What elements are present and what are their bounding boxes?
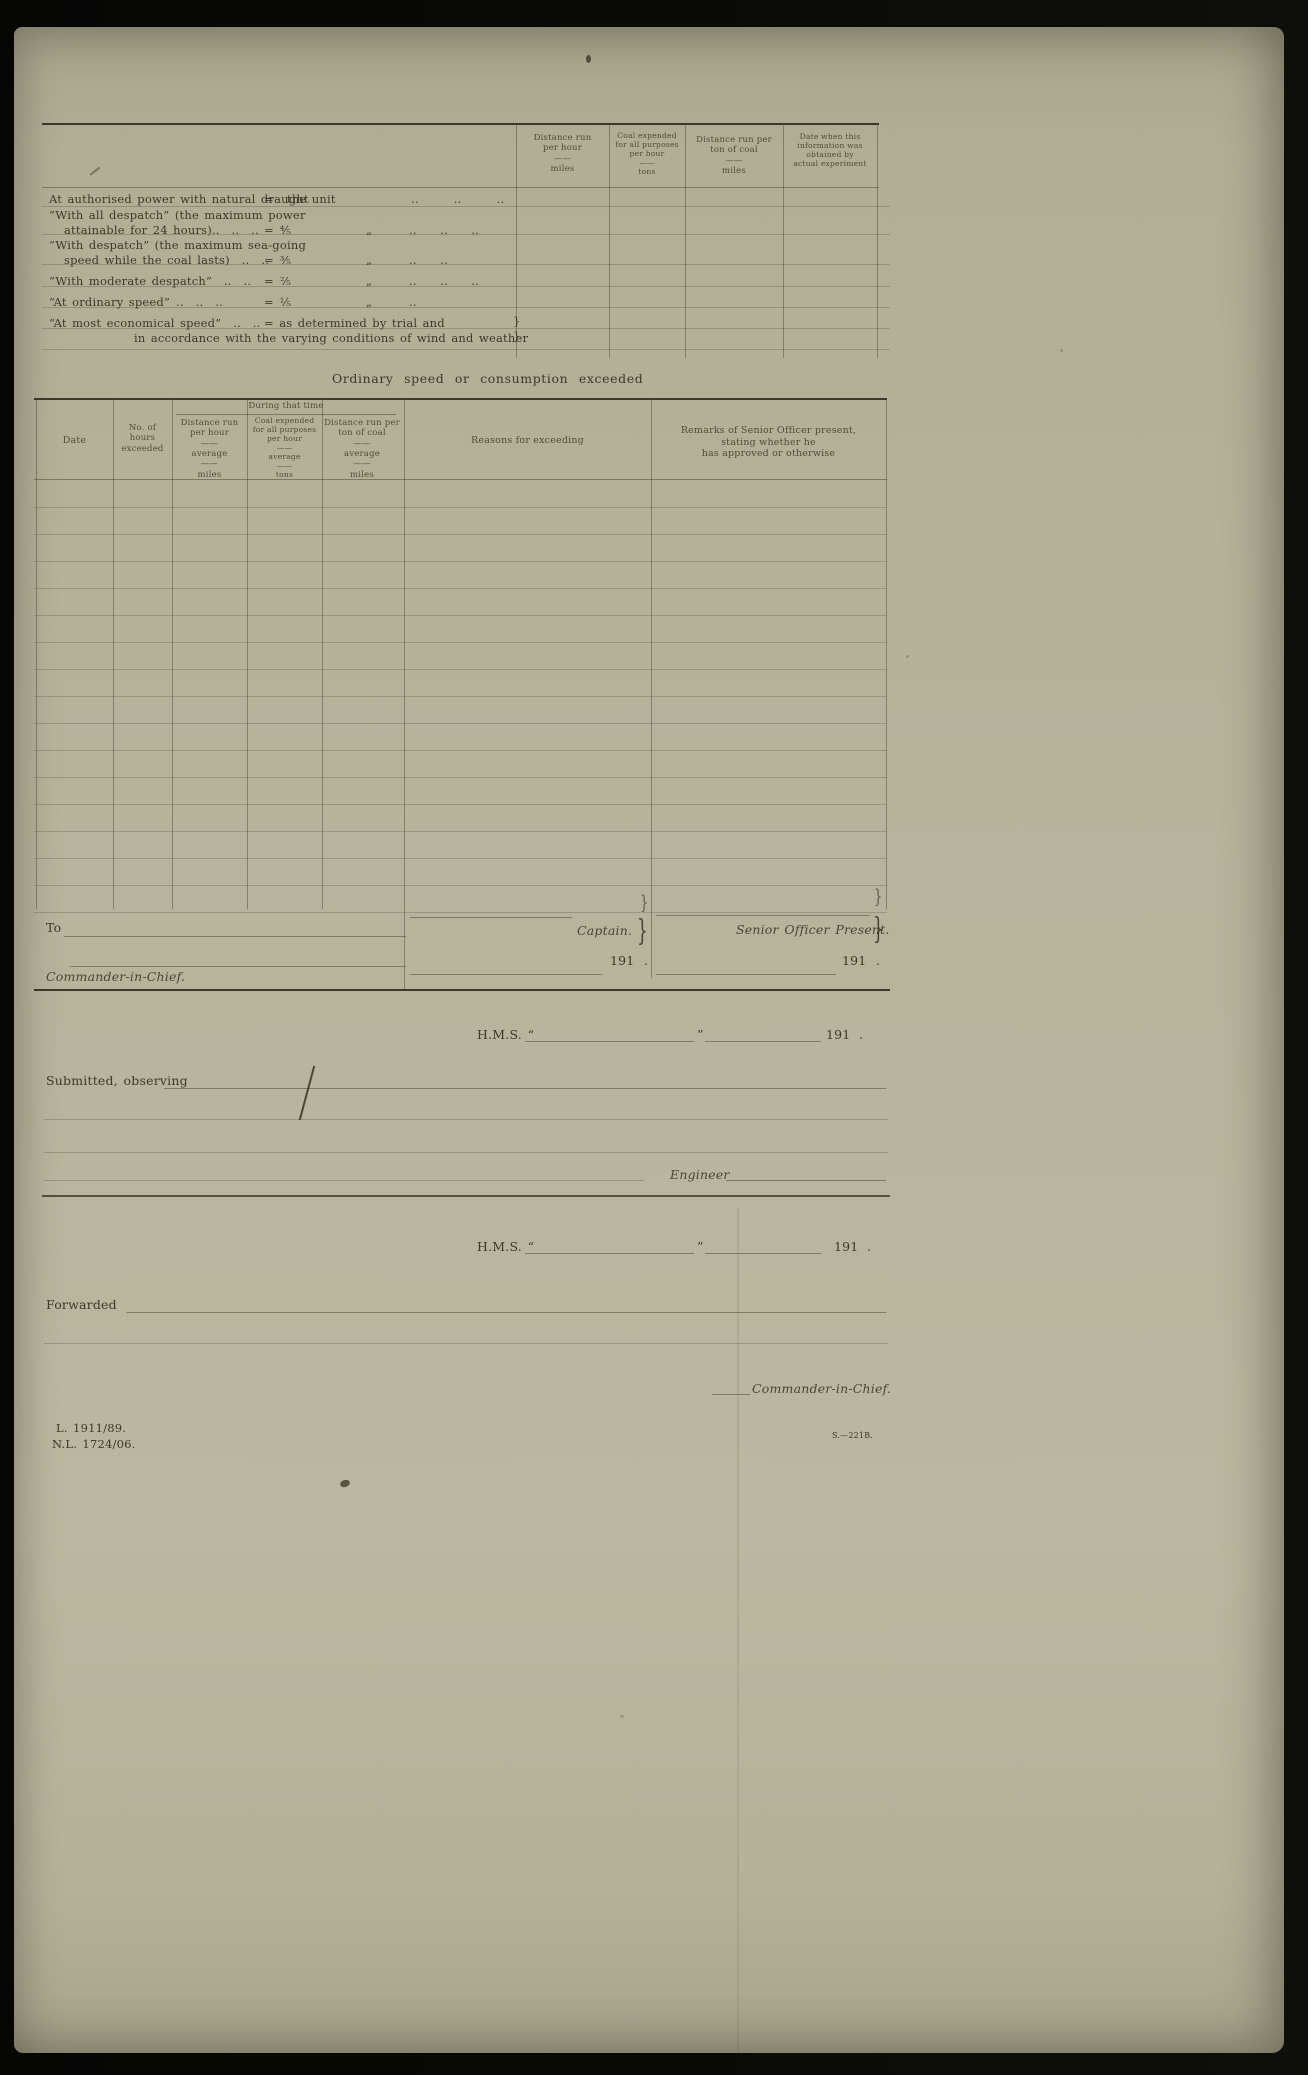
reference-number: N.L. 1724/06. [52, 1437, 135, 1451]
dot-leaders: .. .. .. [411, 192, 504, 206]
column-end-brace: } [640, 893, 648, 914]
ruled-line [44, 1119, 888, 1120]
ruled-line [44, 1152, 888, 1153]
row-label: “At ordinary speed” .. .. .. [49, 295, 223, 309]
close-quote: ” [697, 1239, 704, 1254]
year-191: 191 [834, 1239, 858, 1254]
paper-blemish [906, 655, 909, 658]
photo-background: Distance run per hour —— miles Coal expe… [0, 0, 1308, 2075]
col-header-hours-exceeded: No. of hours exceeded [113, 423, 172, 454]
form-page: Distance run per hour —— miles Coal expe… [14, 27, 1284, 2053]
col-header-distance-per-hour-avg: Distance run per hour —— average —— mile… [172, 418, 247, 480]
closing-brace: } [513, 329, 521, 343]
equals-sign: = [264, 192, 274, 206]
equals-phrase: = as determined by trial and [264, 316, 445, 330]
col-header-distance-per-ton-avg: Distance run per ton of coal —— average … [322, 418, 402, 480]
dot-leaders: .. .. [409, 253, 448, 267]
equals-fraction: = ⅗ [264, 253, 291, 267]
paper-blemish [620, 1715, 624, 1718]
row-label: “At most economical speed” .. .. [49, 316, 261, 330]
hms-prefix: H.M.S. “ [477, 1239, 534, 1254]
commander-in-chief-label: Commander-in-Chief. [752, 1381, 891, 1396]
close-quote: ” [697, 1027, 704, 1042]
date-line [705, 1253, 821, 1254]
ditto-mark: „ [366, 223, 372, 237]
fill-in-line [410, 917, 572, 918]
table-top-rule [34, 398, 887, 400]
column-line [877, 123, 878, 358]
dot-leaders: .. .. .. [409, 223, 479, 237]
year-dot: . [876, 953, 880, 968]
ruled-line [42, 206, 890, 207]
col-header-distance-per-ton: Distance run per ton of coal —— miles [685, 135, 783, 176]
table-title: Ordinary speed or consumption exceeded [332, 371, 643, 386]
captain-label: Captain. [577, 923, 632, 938]
year-dot: . [644, 953, 648, 968]
equals-fraction: = ⅕ [264, 295, 291, 309]
fill-in-line [726, 1180, 886, 1181]
col-header-distance-per-hour: Distance run per hour —— miles [516, 133, 609, 174]
table-top-rule [42, 123, 879, 125]
hms-prefix: H.M.S. “ [477, 1027, 534, 1042]
ruled-line [44, 1343, 888, 1344]
ruled-line [42, 349, 890, 350]
equals-fraction: = ⅖ [264, 274, 291, 288]
fill-in-line [164, 1088, 886, 1089]
fill-in-line [656, 915, 870, 916]
row-value: the unit [287, 192, 336, 206]
fill-in-line [656, 974, 836, 975]
year-191: 191 [842, 953, 866, 968]
stray-pen-mark [90, 167, 100, 176]
signature-brace: } [873, 913, 884, 947]
paper-crease [737, 1207, 739, 2052]
dot-leaders: .. .. .. [409, 274, 479, 288]
row-label: “With all despatch” (the maximum power [49, 208, 306, 222]
row-label: “With moderate despatch” .. .. [49, 274, 251, 288]
section-divider-rule [42, 1195, 890, 1197]
fill-in-line [126, 1312, 886, 1313]
fill-in-line [70, 966, 406, 967]
paper-blemish [1060, 349, 1063, 352]
group-header-rule [176, 414, 396, 415]
ship-name-line [525, 1253, 694, 1254]
col-header-coal-expended-avg: Coal expended for all purposes per hour … [247, 417, 322, 480]
equals-fraction: = ⅘ [264, 223, 291, 237]
closing-brace: } [513, 314, 521, 328]
form-number: S.—221B. [832, 1431, 873, 1440]
col-header-date: Date [36, 435, 113, 447]
commander-in-chief-label: Commander-in-Chief. [46, 969, 185, 984]
year-dot: . [859, 1027, 863, 1042]
paper-blemish [586, 55, 591, 63]
row-label-2: in accordance with the varying condition… [134, 331, 528, 345]
ship-name-line [525, 1041, 694, 1042]
fill-in-line [64, 936, 406, 937]
col-header-remarks: Remarks of Senior Officer present, stati… [651, 425, 886, 460]
date-line [705, 1041, 821, 1042]
signature-brace: } [637, 915, 648, 949]
ditto-mark: „ [366, 253, 372, 267]
fill-in-line [712, 1394, 750, 1395]
submitted-observing-label: Submitted, observing [46, 1073, 188, 1088]
engineer-label: Engineer [670, 1167, 730, 1182]
reference-number: L. 1911/89. [56, 1421, 126, 1435]
col-header-date-experiment: Date when this information was obtained … [783, 133, 877, 169]
fill-in-line [410, 974, 602, 975]
year-191: 191 [610, 953, 634, 968]
table-header-rule [42, 187, 879, 188]
column-end-brace: } [874, 887, 882, 908]
year-dot: . [867, 1239, 871, 1254]
row-label-2: attainable for 24 hours).. .. .. [64, 223, 259, 237]
ledger-ruling [34, 481, 887, 913]
ditto-mark: „ [366, 274, 372, 288]
row-label: “With despatch” (the maximum sea-going [49, 238, 306, 252]
ditto-mark: „ [366, 295, 372, 309]
table-header-rule [34, 479, 887, 480]
section-divider-rule [34, 989, 890, 991]
dot-leaders: .. [409, 295, 417, 309]
year-191: 191 [826, 1027, 850, 1042]
to-label: To [46, 920, 61, 935]
stray-pen-mark [299, 1066, 315, 1121]
col-header-coal-expended: Coal expended for all purposes per hour … [609, 132, 685, 177]
ink-blot [339, 1479, 351, 1489]
senior-officer-present-label: Senior Officer Present. [736, 922, 890, 937]
row-label-2: speed while the coal lasts) .. .. [64, 253, 269, 267]
forwarded-label: Forwarded [46, 1297, 117, 1312]
ruled-line [44, 1180, 644, 1181]
col-header-reasons: Reasons for exceeding [404, 435, 651, 447]
group-header-during-that-time: During that time [172, 401, 400, 411]
